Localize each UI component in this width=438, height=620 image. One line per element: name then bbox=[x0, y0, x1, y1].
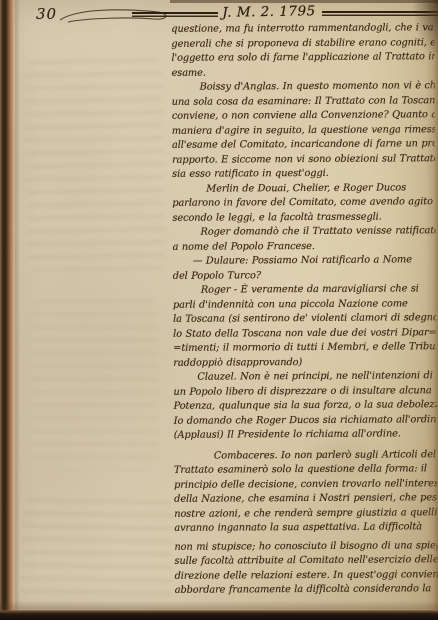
manuscript-line: conviene, o non conviene alla Convenzion… bbox=[172, 108, 435, 124]
photo-corner-shadow bbox=[412, 0, 438, 60]
photo-bottom-edge bbox=[0, 609, 438, 620]
verso-showthrough bbox=[30, 300, 158, 470]
manuscript-line: un Popolo libero di disprezzare o di ins… bbox=[173, 384, 436, 400]
manuscript-line: Roger - È veramente da maravigliarsi che… bbox=[173, 282, 436, 298]
manuscript-line: esame. bbox=[172, 65, 435, 81]
manuscript-line: all'esame del Comitato, incaricandone di… bbox=[172, 137, 435, 153]
binding-edge bbox=[0, 0, 15, 620]
manuscript-line: parlarono in favore del Comitato, come a… bbox=[172, 195, 435, 211]
manuscript-line: sia esso ratificato in quest'oggi. bbox=[172, 166, 435, 182]
manuscript-line: principio delle decisione, convien trova… bbox=[174, 477, 437, 493]
manuscript-line: questione, ma fu interrotto rammentandog… bbox=[171, 21, 434, 37]
page-number: 30 bbox=[36, 5, 57, 23]
manuscript-line: a nome del Popolo Francese. bbox=[173, 239, 436, 255]
photo-top-edge bbox=[170, 0, 438, 3]
manuscript-line: rapporto. E siccome non vi sono obiezion… bbox=[172, 152, 435, 168]
verso-showthrough bbox=[24, 59, 166, 271]
manuscript-line: Boissy d'Anglas. In questo momento non v… bbox=[172, 79, 435, 95]
header-date: J. M. 2. 1795 bbox=[214, 3, 324, 21]
manuscript-line: una sola cosa da esaminare: Il Trattato … bbox=[172, 94, 435, 110]
manuscript-line: l'oggetto era solo di farne l'applicazio… bbox=[171, 50, 434, 66]
manuscript-line: raddoppiò disapprovando) bbox=[173, 355, 436, 371]
photo-bottom-shade bbox=[0, 601, 438, 609]
manuscript-line: non mi stupisce; ho conosciuto il bisogn… bbox=[174, 539, 437, 555]
header-rule-left bbox=[132, 12, 218, 18]
manuscript-line: del Popolo Turco? bbox=[173, 268, 436, 284]
manuscript-line: nostre azioni, e che renderà sempre gius… bbox=[174, 506, 437, 522]
manuscript-line: direzione delle relazioni estere. In que… bbox=[175, 568, 438, 584]
manuscript-line: Merlin de Douai, Chelier, e Roger Ducos bbox=[172, 181, 435, 197]
manuscript-page: 30 J. M. 2. 1795 questione, ma fu interr… bbox=[0, 0, 438, 620]
manuscript-line: Potenza, qualunque sia la sua forza, o l… bbox=[174, 398, 437, 414]
page-fore-edge bbox=[426, 0, 438, 620]
manuscript-line: (Applausi) Il Presidente lo richiama all… bbox=[174, 427, 437, 443]
manuscript-line: generali che si proponeva di stabilire e… bbox=[171, 36, 434, 52]
manuscript-photo: 30 J. M. 2. 1795 questione, ma fu interr… bbox=[0, 0, 438, 620]
manuscript-line: della Nazione, che esamina i Nostri pens… bbox=[174, 491, 437, 507]
manuscript-line: Clauzel. Non è nei principi, ne nell'int… bbox=[173, 369, 436, 385]
manuscript-line: Combaceres. Io non parlerò sugli Articol… bbox=[174, 448, 437, 464]
manuscript-line: avranno ingannato la sua aspettativa. La… bbox=[174, 520, 437, 536]
manuscript-line: parli d'indennità con una piccola Nazion… bbox=[173, 297, 436, 313]
binding-crease bbox=[15, 0, 20, 620]
manuscript-line: =timenti; il mormorio di tutti i Membri,… bbox=[173, 340, 436, 356]
manuscript-text: questione, ma fu interrotto rammentandog… bbox=[171, 21, 438, 598]
manuscript-line: maniera d'agire in seguito, la questione… bbox=[172, 123, 435, 139]
manuscript-line: Trattato esaminerò solo la questione del… bbox=[174, 462, 437, 478]
manuscript-line: secondo le leggi, e la facoltà trasmesse… bbox=[172, 210, 435, 226]
manuscript-line: Roger domandò che il Trattato venisse ra… bbox=[172, 224, 435, 240]
manuscript-line: la Toscana (si sentirono de' violenti cl… bbox=[173, 311, 436, 327]
manuscript-line: sulle facoltà attribuite al Comitato nel… bbox=[174, 553, 437, 569]
verso-showthrough bbox=[21, 499, 173, 602]
manuscript-line: — Dulaure: Possiamo Noi ratificarlo a No… bbox=[173, 253, 436, 269]
manuscript-line: Io domando che Roger Ducos sia richiamat… bbox=[174, 413, 437, 429]
manuscript-line: abbordare francamente la difficoltà cons… bbox=[175, 582, 438, 598]
manuscript-line: lo Stato della Toscana non vale due dei … bbox=[173, 326, 436, 342]
